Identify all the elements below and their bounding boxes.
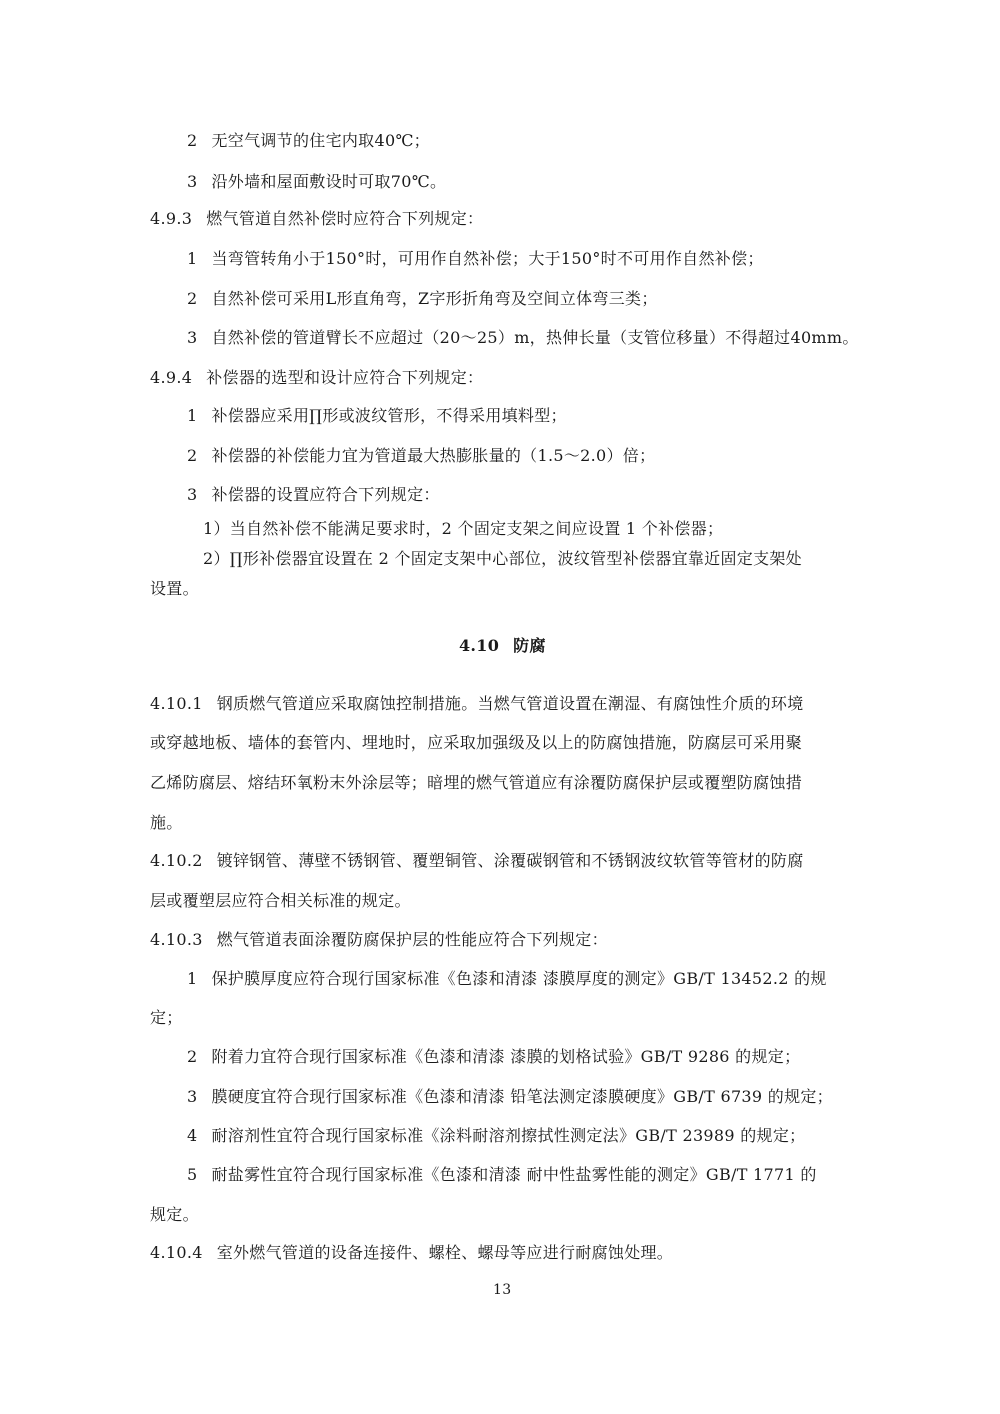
- clause-4-10-1-continued: 施。: [150, 813, 183, 833]
- list-item-3: 3沿外墙和屋面敷设时可取70℃。: [187, 172, 446, 192]
- item-text: 沿外墙和屋面敷设时可取70℃。: [211, 172, 446, 191]
- item-text: 附着力宜符合现行国家标准《色漆和清漆 漆膜的划格试验》GB/T 9286 的规定…: [211, 1047, 800, 1066]
- list-item-5-continued: 规定。: [150, 1205, 199, 1225]
- item-text: 保护膜厚度应符合现行国家标准《色漆和清漆 漆膜厚度的测定》GB/T 13452.…: [211, 969, 826, 988]
- clause-number: 4.9.3: [150, 209, 192, 229]
- item-text: 自然补偿可采用L形直角弯，Z字形折角弯及空间立体弯三类；: [211, 289, 657, 308]
- page-number: 13: [493, 1280, 511, 1300]
- item-number: 3: [187, 485, 197, 505]
- clause-4-10-1: 4.10.1钢质燃气管道应采取腐蚀控制措施。当燃气管道设置在潮湿、有腐蚀性介质的…: [150, 694, 804, 714]
- clause-text: 层或覆塑层应符合相关标准的规定。: [150, 891, 411, 910]
- clause-text: 燃气管道表面涂覆防腐保护层的性能应符合下列规定：: [217, 930, 608, 949]
- clause-number: 4.10.2: [150, 851, 203, 871]
- list-item-1-continued: 定；: [150, 1008, 183, 1028]
- clause-4-10-2-continued: 层或覆塑层应符合相关标准的规定。: [150, 891, 411, 911]
- section-title: 防腐: [513, 636, 546, 655]
- item-text: 自然补偿的管道臂长不应超过（20～25）m，热伸长量（支管位移量）不得超过40m…: [211, 328, 858, 347]
- item-text: 补偿器的设置应符合下列规定：: [211, 485, 439, 504]
- clause-text: 镀锌钢管、薄壁不锈钢管、覆塑铜管、涂覆碳钢管和不锈钢波纹软管等管材的防腐: [217, 851, 804, 870]
- item-number: 1: [187, 406, 197, 426]
- sub-item-text: 1）当自然补偿不能满足要求时，2 个固定支架之间应设置 1 个补偿器；: [203, 519, 723, 538]
- item-number: 1: [187, 249, 197, 269]
- item-number: 2: [187, 446, 197, 466]
- clause-text: 补偿器的选型和设计应符合下列规定：: [206, 368, 483, 387]
- item-number: 5: [187, 1165, 197, 1185]
- item-text: 耐溶剂性宜符合现行国家标准《涂料耐溶剂擦拭性测定法》GB/T 23989 的规定…: [211, 1126, 805, 1145]
- list-item-5: 5耐盐雾性宜符合现行国家标准《色漆和清漆 耐中性盐雾性能的测定》GB/T 177…: [187, 1165, 817, 1185]
- item-number: 2: [187, 131, 197, 151]
- item-text: 补偿器的补偿能力宜为管道最大热膨胀量的（1.5～2.0）倍；: [211, 446, 655, 465]
- sub-item-text: 2）∏形补偿器宜设置在 2 个固定支架中心部位，波纹管型补偿器宜靠近固定支架处: [203, 549, 802, 568]
- item-text: 膜硬度宜符合现行国家标准《色漆和清漆 铅笔法测定漆膜硬度》GB/T 6739 的…: [211, 1087, 832, 1106]
- clause-text: 施。: [150, 813, 183, 832]
- item-number: 2: [187, 289, 197, 309]
- clause-number: 4.10.1: [150, 694, 203, 714]
- clause-4-10-2: 4.10.2镀锌钢管、薄壁不锈钢管、覆塑铜管、涂覆碳钢管和不锈钢波纹软管等管材的…: [150, 851, 804, 871]
- list-item-2: 2补偿器的补偿能力宜为管道最大热膨胀量的（1.5～2.0）倍；: [187, 446, 655, 466]
- item-text: 补偿器应采用∏形或波纹管形，不得采用填料型；: [211, 406, 566, 425]
- list-item-2: 2附着力宜符合现行国家标准《色漆和清漆 漆膜的划格试验》GB/T 9286 的规…: [187, 1047, 800, 1067]
- sub-item-2-continued: 设置。: [150, 579, 199, 599]
- list-item-1: 1当弯管转角小于150°时，可用作自然补偿；大于150°时不可用作自然补偿；: [187, 249, 764, 269]
- item-number: 3: [187, 328, 197, 348]
- clause-number: 4.10.4: [150, 1243, 203, 1263]
- item-number: 3: [187, 1087, 197, 1107]
- clause-number: 4.9.4: [150, 368, 192, 388]
- sub-item-2: 2）∏形补偿器宜设置在 2 个固定支架中心部位，波纹管型补偿器宜靠近固定支架处: [203, 549, 802, 569]
- clause-4-10-4: 4.10.4室外燃气管道的设备连接件、螺栓、螺母等应进行耐腐蚀处理。: [150, 1243, 673, 1263]
- section-heading: 4.10防腐: [459, 636, 546, 656]
- sub-item-text: 设置。: [150, 579, 199, 598]
- list-item-3: 3补偿器的设置应符合下列规定：: [187, 485, 440, 505]
- item-number: 1: [187, 969, 197, 989]
- item-number: 4: [187, 1126, 197, 1146]
- list-item-3: 3自然补偿的管道臂长不应超过（20～25）m，热伸长量（支管位移量）不得超过40…: [187, 328, 859, 348]
- item-text: 耐盐雾性宜符合现行国家标准《色漆和清漆 耐中性盐雾性能的测定》GB/T 1771…: [211, 1165, 816, 1184]
- clause-text: 或穿越地板、墙体的套管内、埋地时，应采取加强级及以上的防腐蚀措施，防腐层可采用聚: [150, 733, 802, 752]
- list-item-3: 3膜硬度宜符合现行国家标准《色漆和清漆 铅笔法测定漆膜硬度》GB/T 6739 …: [187, 1087, 833, 1107]
- item-text: 当弯管转角小于150°时，可用作自然补偿；大于150°时不可用作自然补偿；: [211, 249, 763, 268]
- clause-4-9-4: 4.9.4补偿器的选型和设计应符合下列规定：: [150, 368, 483, 388]
- item-text: 规定。: [150, 1205, 199, 1224]
- item-text: 无空气调节的住宅内取40℃；: [211, 131, 429, 150]
- clause-text: 乙烯防腐层、熔结环氧粉末外涂层等；暗埋的燃气管道应有涂覆防腐保护层或覆塑防腐蚀措: [150, 773, 802, 792]
- clause-4-10-3: 4.10.3燃气管道表面涂覆防腐保护层的性能应符合下列规定：: [150, 930, 608, 950]
- list-item-2: 2自然补偿可采用L形直角弯，Z字形折角弯及空间立体弯三类；: [187, 289, 658, 309]
- list-item-1: 1补偿器应采用∏形或波纹管形，不得采用填料型；: [187, 406, 567, 426]
- clause-text: 燃气管道自然补偿时应符合下列规定：: [206, 209, 483, 228]
- clause-number: 4.10.3: [150, 930, 203, 950]
- item-number: 2: [187, 1047, 197, 1067]
- list-item-2: 2无空气调节的住宅内取40℃；: [187, 131, 430, 151]
- clause-4-10-1-continued: 乙烯防腐层、熔结环氧粉末外涂层等；暗埋的燃气管道应有涂覆防腐保护层或覆塑防腐蚀措: [150, 773, 802, 793]
- section-number: 4.10: [459, 636, 499, 656]
- sub-item-1: 1）当自然补偿不能满足要求时，2 个固定支架之间应设置 1 个补偿器；: [203, 519, 723, 539]
- item-text: 定；: [150, 1008, 183, 1027]
- list-item-4: 4耐溶剂性宜符合现行国家标准《涂料耐溶剂擦拭性测定法》GB/T 23989 的规…: [187, 1126, 805, 1146]
- item-number: 3: [187, 172, 197, 192]
- clause-text: 钢质燃气管道应采取腐蚀控制措施。当燃气管道设置在潮湿、有腐蚀性介质的环境: [217, 694, 804, 713]
- clause-4-10-1-continued: 或穿越地板、墙体的套管内、埋地时，应采取加强级及以上的防腐蚀措施，防腐层可采用聚: [150, 733, 802, 753]
- clause-4-9-3: 4.9.3燃气管道自然补偿时应符合下列规定：: [150, 209, 483, 229]
- clause-text: 室外燃气管道的设备连接件、螺栓、螺母等应进行耐腐蚀处理。: [217, 1243, 673, 1262]
- list-item-1: 1保护膜厚度应符合现行国家标准《色漆和清漆 漆膜厚度的测定》GB/T 13452…: [187, 969, 827, 989]
